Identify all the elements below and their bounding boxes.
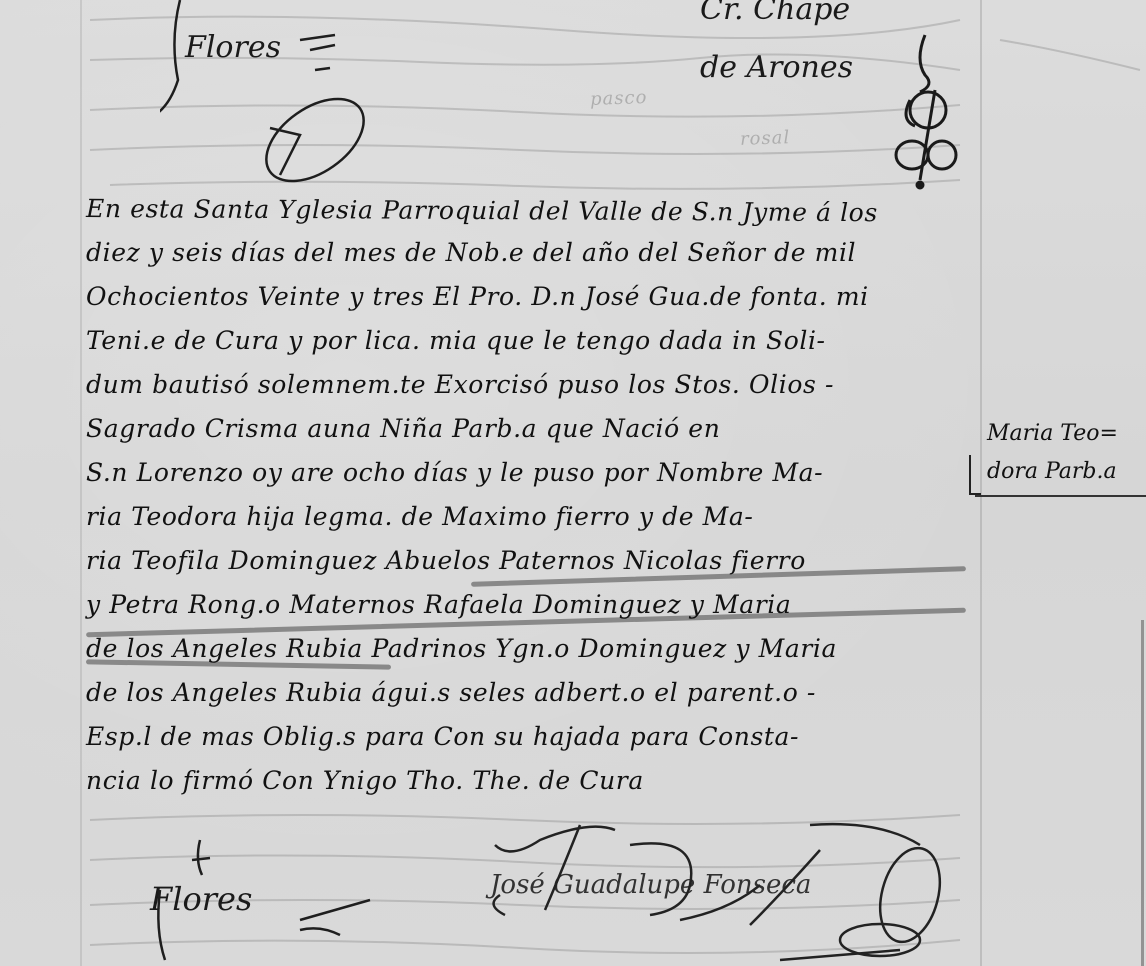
body-line: S.n Lorenzo oy are ocho días y le puso p… xyxy=(86,458,976,502)
body-line: En esta Santa Yglesia Parroquial del Val… xyxy=(86,194,976,243)
rubric-flourish-icon xyxy=(140,830,400,966)
body-line: dum bautisó solemnem.te Exorcisó puso lo… xyxy=(86,370,976,414)
heading-line-1: Cr. Chape xyxy=(700,0,850,27)
document-page: pasco rosal Flores Cr. Chape de Arones E… xyxy=(0,0,1146,966)
body-line: ria Teodora hija legma. de Maximo fierro… xyxy=(86,502,976,546)
heading-line-2: de Arones xyxy=(700,50,853,85)
rubric-flourish-icon xyxy=(160,0,400,190)
folio-flourish-icon xyxy=(880,30,970,190)
bleed-text: rosal xyxy=(740,127,791,150)
margin-note: Maria Teo= dora Parb.a xyxy=(975,415,1146,491)
record-body: En esta Santa Yglesia Parroquial del Val… xyxy=(86,190,976,806)
body-line: de los Angeles Rubia águi.s seles adbert… xyxy=(86,678,976,722)
body-line: Esp.l de mas Oblig.s para Con su hajada … xyxy=(86,722,976,766)
margin-rule xyxy=(975,495,1146,497)
body-line: Teni.e de Cura y por lica. mia que le te… xyxy=(86,326,976,370)
margin-note-line: dora Parb.a xyxy=(975,453,1146,491)
body-line-highlighted: ria Teofila Dominguez Abuelos Paternos N… xyxy=(86,546,976,590)
margin-note-line: Maria Teo= xyxy=(975,415,1146,453)
body-line-highlighted: y Petra Rong.o Maternos Rafaela Domingue… xyxy=(86,590,976,634)
margin-bracket xyxy=(969,455,981,495)
body-line: Sagrado Crisma auna Niña Parb.a que Naci… xyxy=(86,414,976,458)
body-line: diez y seis días del mes de Nob.e del añ… xyxy=(86,238,976,282)
body-line-highlighted: de los Angeles Rubia Padrinos Ygn.o Domi… xyxy=(86,634,976,678)
bleed-text: pasco xyxy=(590,87,648,110)
body-line: ncia lo firmó Con Ynigo Tho. The. de Cur… xyxy=(86,766,976,810)
signature-flourish-icon xyxy=(480,815,950,966)
body-line: Ochocientos Veinte y tres El Pro. D.n Jo… xyxy=(86,282,976,326)
